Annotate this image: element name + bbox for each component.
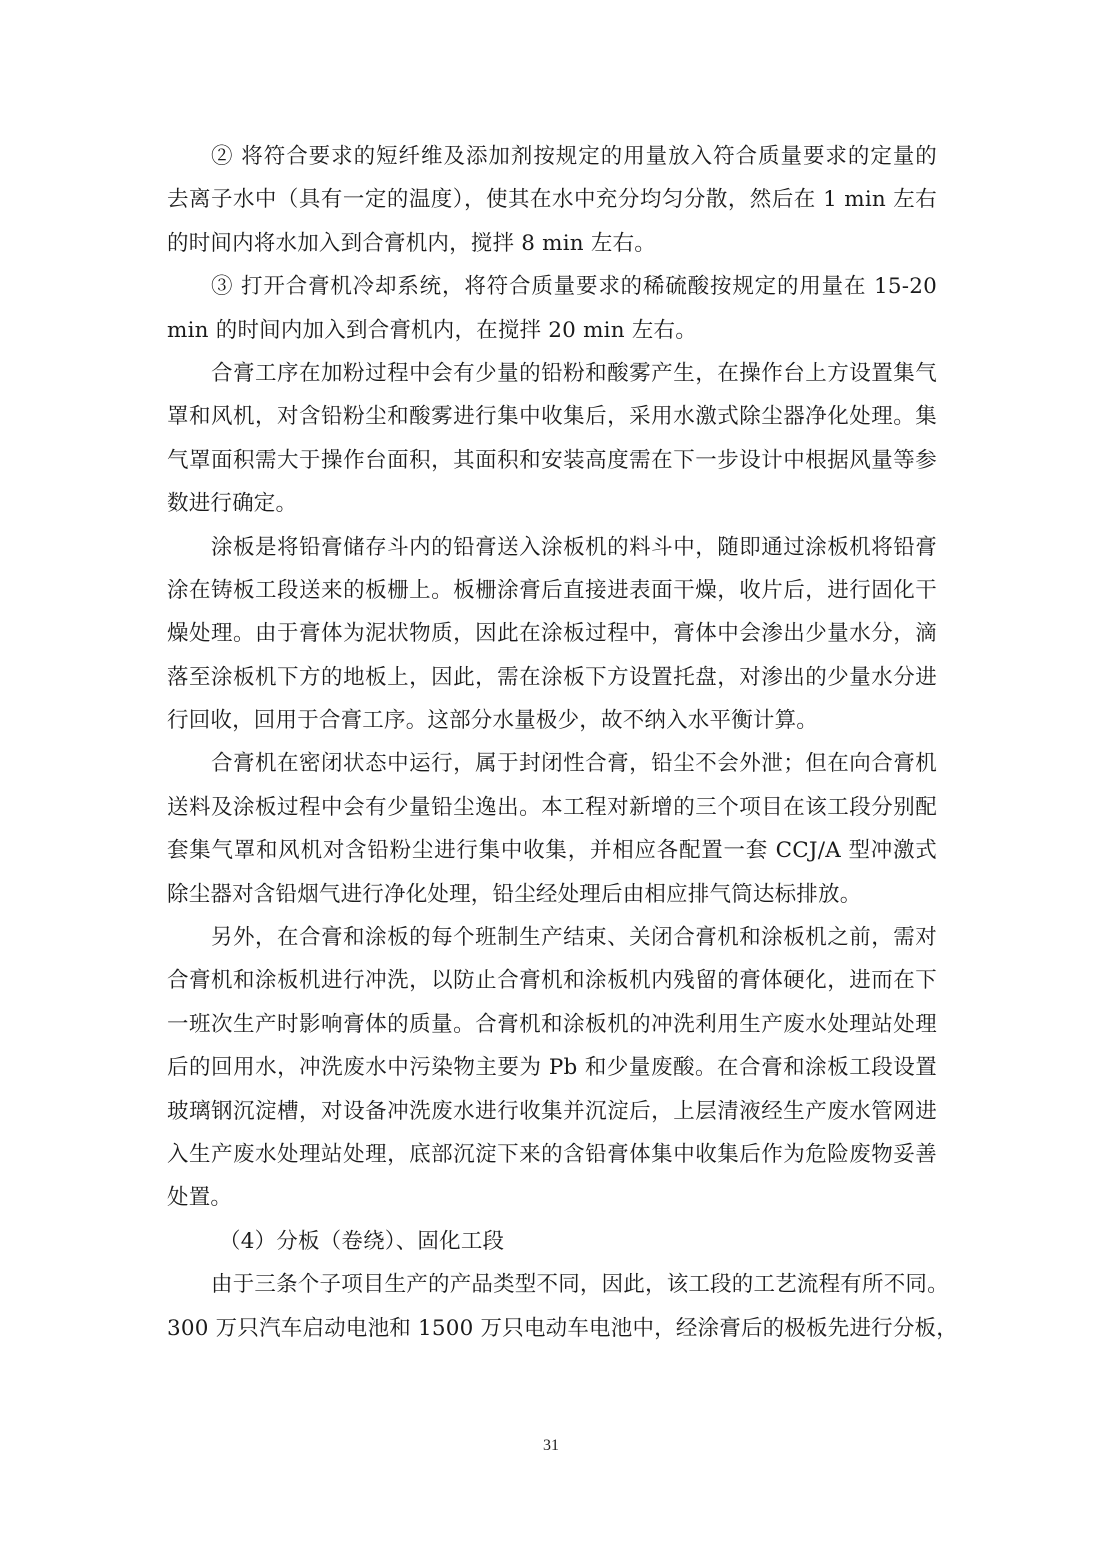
paragraph-dust-collection: 合膏机在密闭状态中运行，属于封闭性合膏，铅尘不会外泄；但在向合膏机 送料及涂板过… — [167, 742, 937, 916]
text-line: 涂在铸板工段送来的板栅上。板栅涂膏后直接进表面干燥，收片后，进行固化干 — [167, 569, 937, 612]
text-line: 的时间内将水加入到合膏机内，搅拌 8 min 左右。 — [167, 222, 937, 265]
text-line: 另外，在合膏和涂板的每个班制生产结束、关闭合膏机和涂板机之前，需对 — [167, 916, 937, 959]
text-line: 合膏机和涂板机进行冲洗，以防止合膏机和涂板机内残留的膏体硬化，进而在下 — [167, 959, 937, 1002]
text-line: 气罩面积需大于操作台面积，其面积和安装高度需在下一步设计中根据风量等参 — [167, 439, 937, 482]
text-line: 行回收，回用于合膏工序。这部分水量极少，故不纳入水平衡计算。 — [167, 699, 937, 742]
text-line: 处置。 — [167, 1176, 937, 1219]
text-line: 涂板是将铅膏储存斗内的铅膏送入涂板机的料斗中，随即通过涂板机将铅膏 — [167, 526, 937, 569]
text-line: 300 万只汽车启动电池和 1500 万只电动车电池中，经涂膏后的极板先进行分板… — [167, 1307, 937, 1350]
text-line: 入生产废水处理站处理，底部沉淀下来的含铅膏体集中收集后作为危险废物妥善 — [167, 1133, 937, 1176]
text-line: ② 将符合要求的短纤维及添加剂按规定的用量放入符合质量要求的定量的 — [167, 135, 937, 178]
text-line: 罩和风机，对含铅粉尘和酸雾进行集中收集后，采用水激式除尘器净化处理。集 — [167, 395, 937, 438]
text-line: 燥处理。由于膏体为泥状物质，因此在涂板过程中，膏体中会渗出少量水分，滴 — [167, 612, 937, 655]
paragraph-pasting: 涂板是将铅膏储存斗内的铅膏送入涂板机的料斗中，随即通过涂板机将铅膏 涂在铸板工段… — [167, 526, 937, 743]
section-heading: （4）分板（卷绕）、固化工段 — [167, 1220, 937, 1263]
text-line: 除尘器对含铅烟气进行净化处理，铅尘经处理后由相应排气筒达标排放。 — [167, 873, 937, 916]
paragraph-mixing-emissions: 合膏工序在加粉过程中会有少量的铅粉和酸雾产生，在操作台上方设置集气 罩和风机，对… — [167, 352, 937, 526]
text-line: 去离子水中（具有一定的温度），使其在水中充分均匀分散，然后在 1 min 左右 — [167, 178, 937, 221]
text-line: ③ 打开合膏机冷却系统，将符合质量要求的稀硫酸按规定的用量在 15-20 — [167, 265, 937, 308]
document-page: ② 将符合要求的短纤维及添加剂按规定的用量放入符合质量要求的定量的 去离子水中（… — [167, 135, 937, 1350]
text-line: 套集气罩和风机对含铅粉尘进行集中收集，并相应各配置一套 CCJ/A 型冲激式 — [167, 829, 937, 872]
text-line: 合膏工序在加粉过程中会有少量的铅粉和酸雾产生，在操作台上方设置集气 — [167, 352, 937, 395]
text-line: 数进行确定。 — [167, 482, 937, 525]
paragraph-washing: 另外，在合膏和涂板的每个班制生产结束、关闭合膏机和涂板机之前，需对 合膏机和涂板… — [167, 916, 937, 1220]
text-line: 玻璃钢沉淀槽，对设备冲洗废水进行收集并沉淀后，上层清液经生产废水管网进 — [167, 1090, 937, 1133]
text-line: 由于三条个子项目生产的产品类型不同，因此，该工段的工艺流程有所不同。 — [167, 1263, 937, 1306]
text-line: 送料及涂板过程中会有少量铅尘逸出。本工程对新增的三个项目在该工段分别配 — [167, 786, 937, 829]
text-line: 一班次生产时影响膏体的质量。合膏机和涂板机的冲洗利用生产废水处理站处理 — [167, 1003, 937, 1046]
text-line: 落至涂板机下方的地板上，因此，需在涂板下方设置托盘，对渗出的少量水分进 — [167, 656, 937, 699]
text-line: min 的时间内加入到合膏机内，在搅拌 20 min 左右。 — [167, 309, 937, 352]
heading-text: （4）分板（卷绕）、固化工段 — [167, 1220, 937, 1263]
page-number: 31 — [0, 1437, 1102, 1455]
paragraph-plate-separation: 由于三条个子项目生产的产品类型不同，因此，该工段的工艺流程有所不同。 300 万… — [167, 1263, 937, 1350]
text-line: 合膏机在密闭状态中运行，属于封闭性合膏，铅尘不会外泄；但在向合膏机 — [167, 742, 937, 785]
text-line: 后的回用水，冲洗废水中污染物主要为 Pb 和少量废酸。在合膏和涂板工段设置 — [167, 1046, 937, 1089]
paragraph-step-2: ② 将符合要求的短纤维及添加剂按规定的用量放入符合质量要求的定量的 去离子水中（… — [167, 135, 937, 265]
paragraph-step-3: ③ 打开合膏机冷却系统，将符合质量要求的稀硫酸按规定的用量在 15-20 min… — [167, 265, 937, 352]
